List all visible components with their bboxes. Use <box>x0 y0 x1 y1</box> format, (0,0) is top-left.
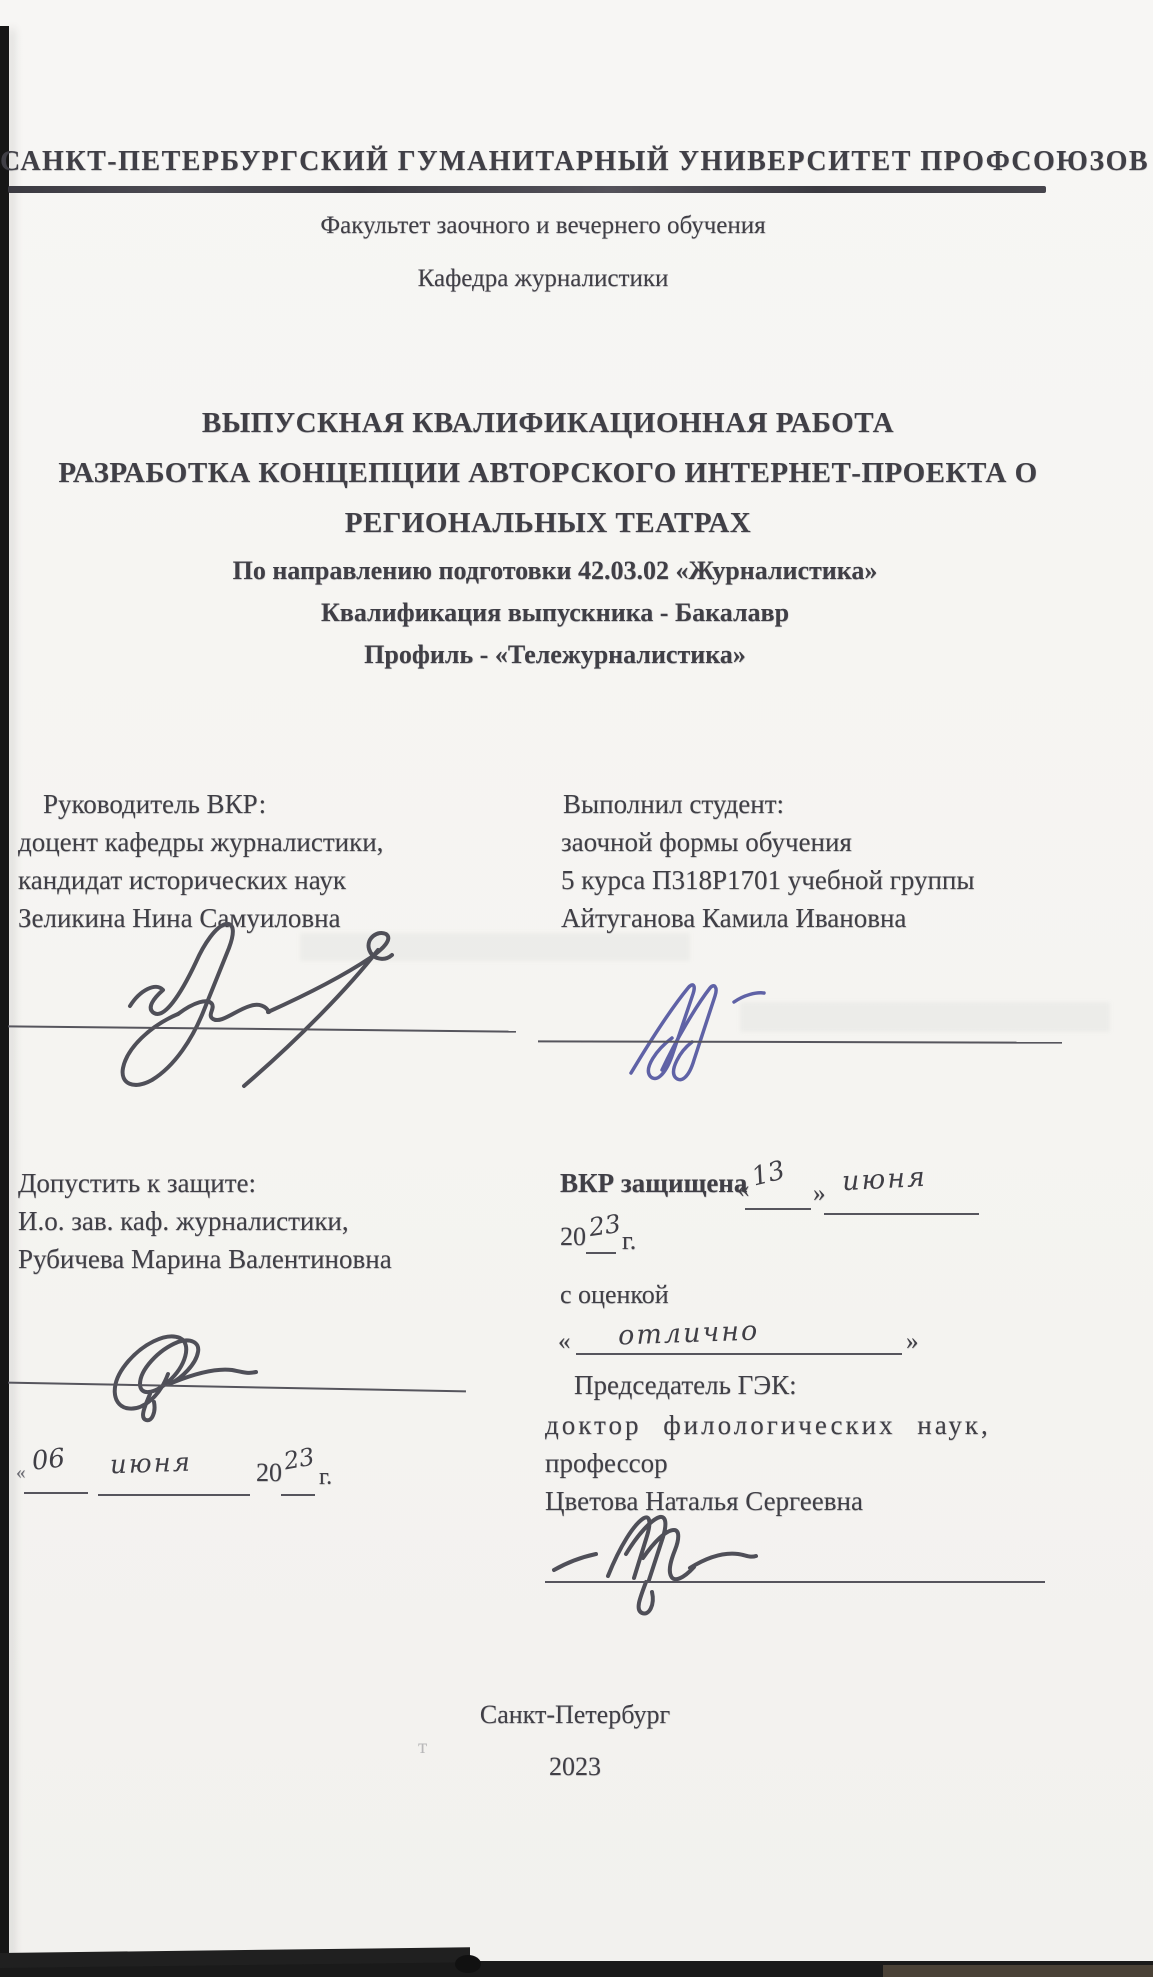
defense-month-handwritten: июня <box>841 1162 927 1197</box>
admission-date-suffix: г. <box>319 1464 332 1492</box>
admission-date-year-handwritten: 23 <box>282 1444 317 1476</box>
student-heading: Выполнил студент: <box>563 789 784 820</box>
admission-date-month-handwritten: июня <box>110 1449 193 1482</box>
thesis-title-line1: РАЗРАБОТКА КОНЦЕПЦИИ АВТОРСКОГО ИНТЕРНЕТ… <box>0 457 1096 490</box>
admission-heading: Допустить к защите: <box>18 1168 256 1199</box>
grade-blank <box>576 1353 902 1355</box>
student-study-form: заочной формы обучения <box>561 827 852 858</box>
department-line: Кафедра журналистики <box>0 265 1086 294</box>
admission-position: И.о. зав. каф. журналистики, <box>18 1206 349 1237</box>
committee-degree: доктор филологических наук, <box>545 1410 991 1441</box>
defense-year-blank <box>586 1252 616 1254</box>
defense-day-handwritten: 13 <box>749 1156 788 1193</box>
student-name: Айтуганова Камила Ивановна <box>561 903 906 934</box>
footer-year: 2023 <box>0 1752 1150 1782</box>
scan-ghost-streak <box>740 1002 1110 1032</box>
supervisor-signature <box>78 922 413 1094</box>
scan-band-blob <box>455 1955 481 1973</box>
defense-day-close-quote: » <box>813 1180 826 1209</box>
student-signature <box>606 980 781 1088</box>
defense-year-suffix: г. <box>622 1226 636 1256</box>
work-type-heading: ВЫПУСКНАЯ КВАЛИФИКАЦИОННАЯ РАБОТА <box>0 407 1096 440</box>
grade-label: с оценкой <box>560 1280 669 1310</box>
admission-date-year-blank <box>281 1494 315 1496</box>
supervisor-position: доцент кафедры журналистики, <box>18 827 383 858</box>
committee-signature-line <box>545 1581 1045 1583</box>
scan-band-bottom-tint <box>883 1965 1153 1977</box>
grade-open-quote: « <box>558 1328 571 1357</box>
defense-day-blank <box>745 1208 811 1210</box>
admission-date-month-blank <box>98 1494 250 1496</box>
faculty-line: Факультет заочного и вечернего обучения <box>0 212 1086 241</box>
supervisor-heading: Руководитель ВКР: <box>43 789 266 820</box>
defense-label: ВКР защищена <box>560 1168 747 1199</box>
admission-date-day-blank <box>24 1492 88 1494</box>
university-name: САНКТ-ПЕТЕРБУРГСКИЙ ГУМАНИТАРНЫЙ УНИВЕРС… <box>0 146 1054 178</box>
scan-edge-left <box>0 26 9 1977</box>
defense-month-blank <box>824 1213 979 1215</box>
defense-year-printed: 20 <box>560 1222 586 1252</box>
qualification-line: Квалификация выпускника - Бакалавр <box>0 598 1110 628</box>
admission-date-year-printed: 20 <box>256 1458 282 1488</box>
admission-signature <box>90 1312 270 1427</box>
header-underline <box>8 186 1046 193</box>
defense-day-open-quote: « <box>737 1176 750 1205</box>
admission-date-day-handwritten: 06 <box>31 1444 67 1477</box>
supervisor-degree: кандидат исторических наук <box>18 865 346 896</box>
committee-signature <box>550 1512 785 1624</box>
thesis-title-line2: РЕГИОНАЛЬНЫХ ТЕАТРАХ <box>0 507 1096 540</box>
program-line: По направлению подготовки 42.03.02 «Журн… <box>0 556 1110 586</box>
thesis-title-page: т САНКТ-ПЕТЕРБУРГСКИЙ ГУМАНИТАРНЫЙ УНИВЕ… <box>0 0 1153 1977</box>
committee-heading: Председатель ГЭК: <box>574 1370 797 1401</box>
admission-date-open-quote: « <box>16 1462 26 1484</box>
defense-year-handwritten: 23 <box>587 1210 623 1243</box>
footer-city: Санкт-Петербург <box>0 1700 1150 1730</box>
grade-handwritten: отлично <box>618 1316 760 1352</box>
admission-name: Рубичева Марина Валентиновна <box>18 1244 392 1275</box>
profile-line: Профиль - «Тележурналистика» <box>0 640 1110 670</box>
student-group: 5 курса П318Р1701 учебной группы <box>561 865 975 896</box>
committee-rank: профессор <box>545 1448 668 1479</box>
grade-close-quote: » <box>906 1328 919 1357</box>
